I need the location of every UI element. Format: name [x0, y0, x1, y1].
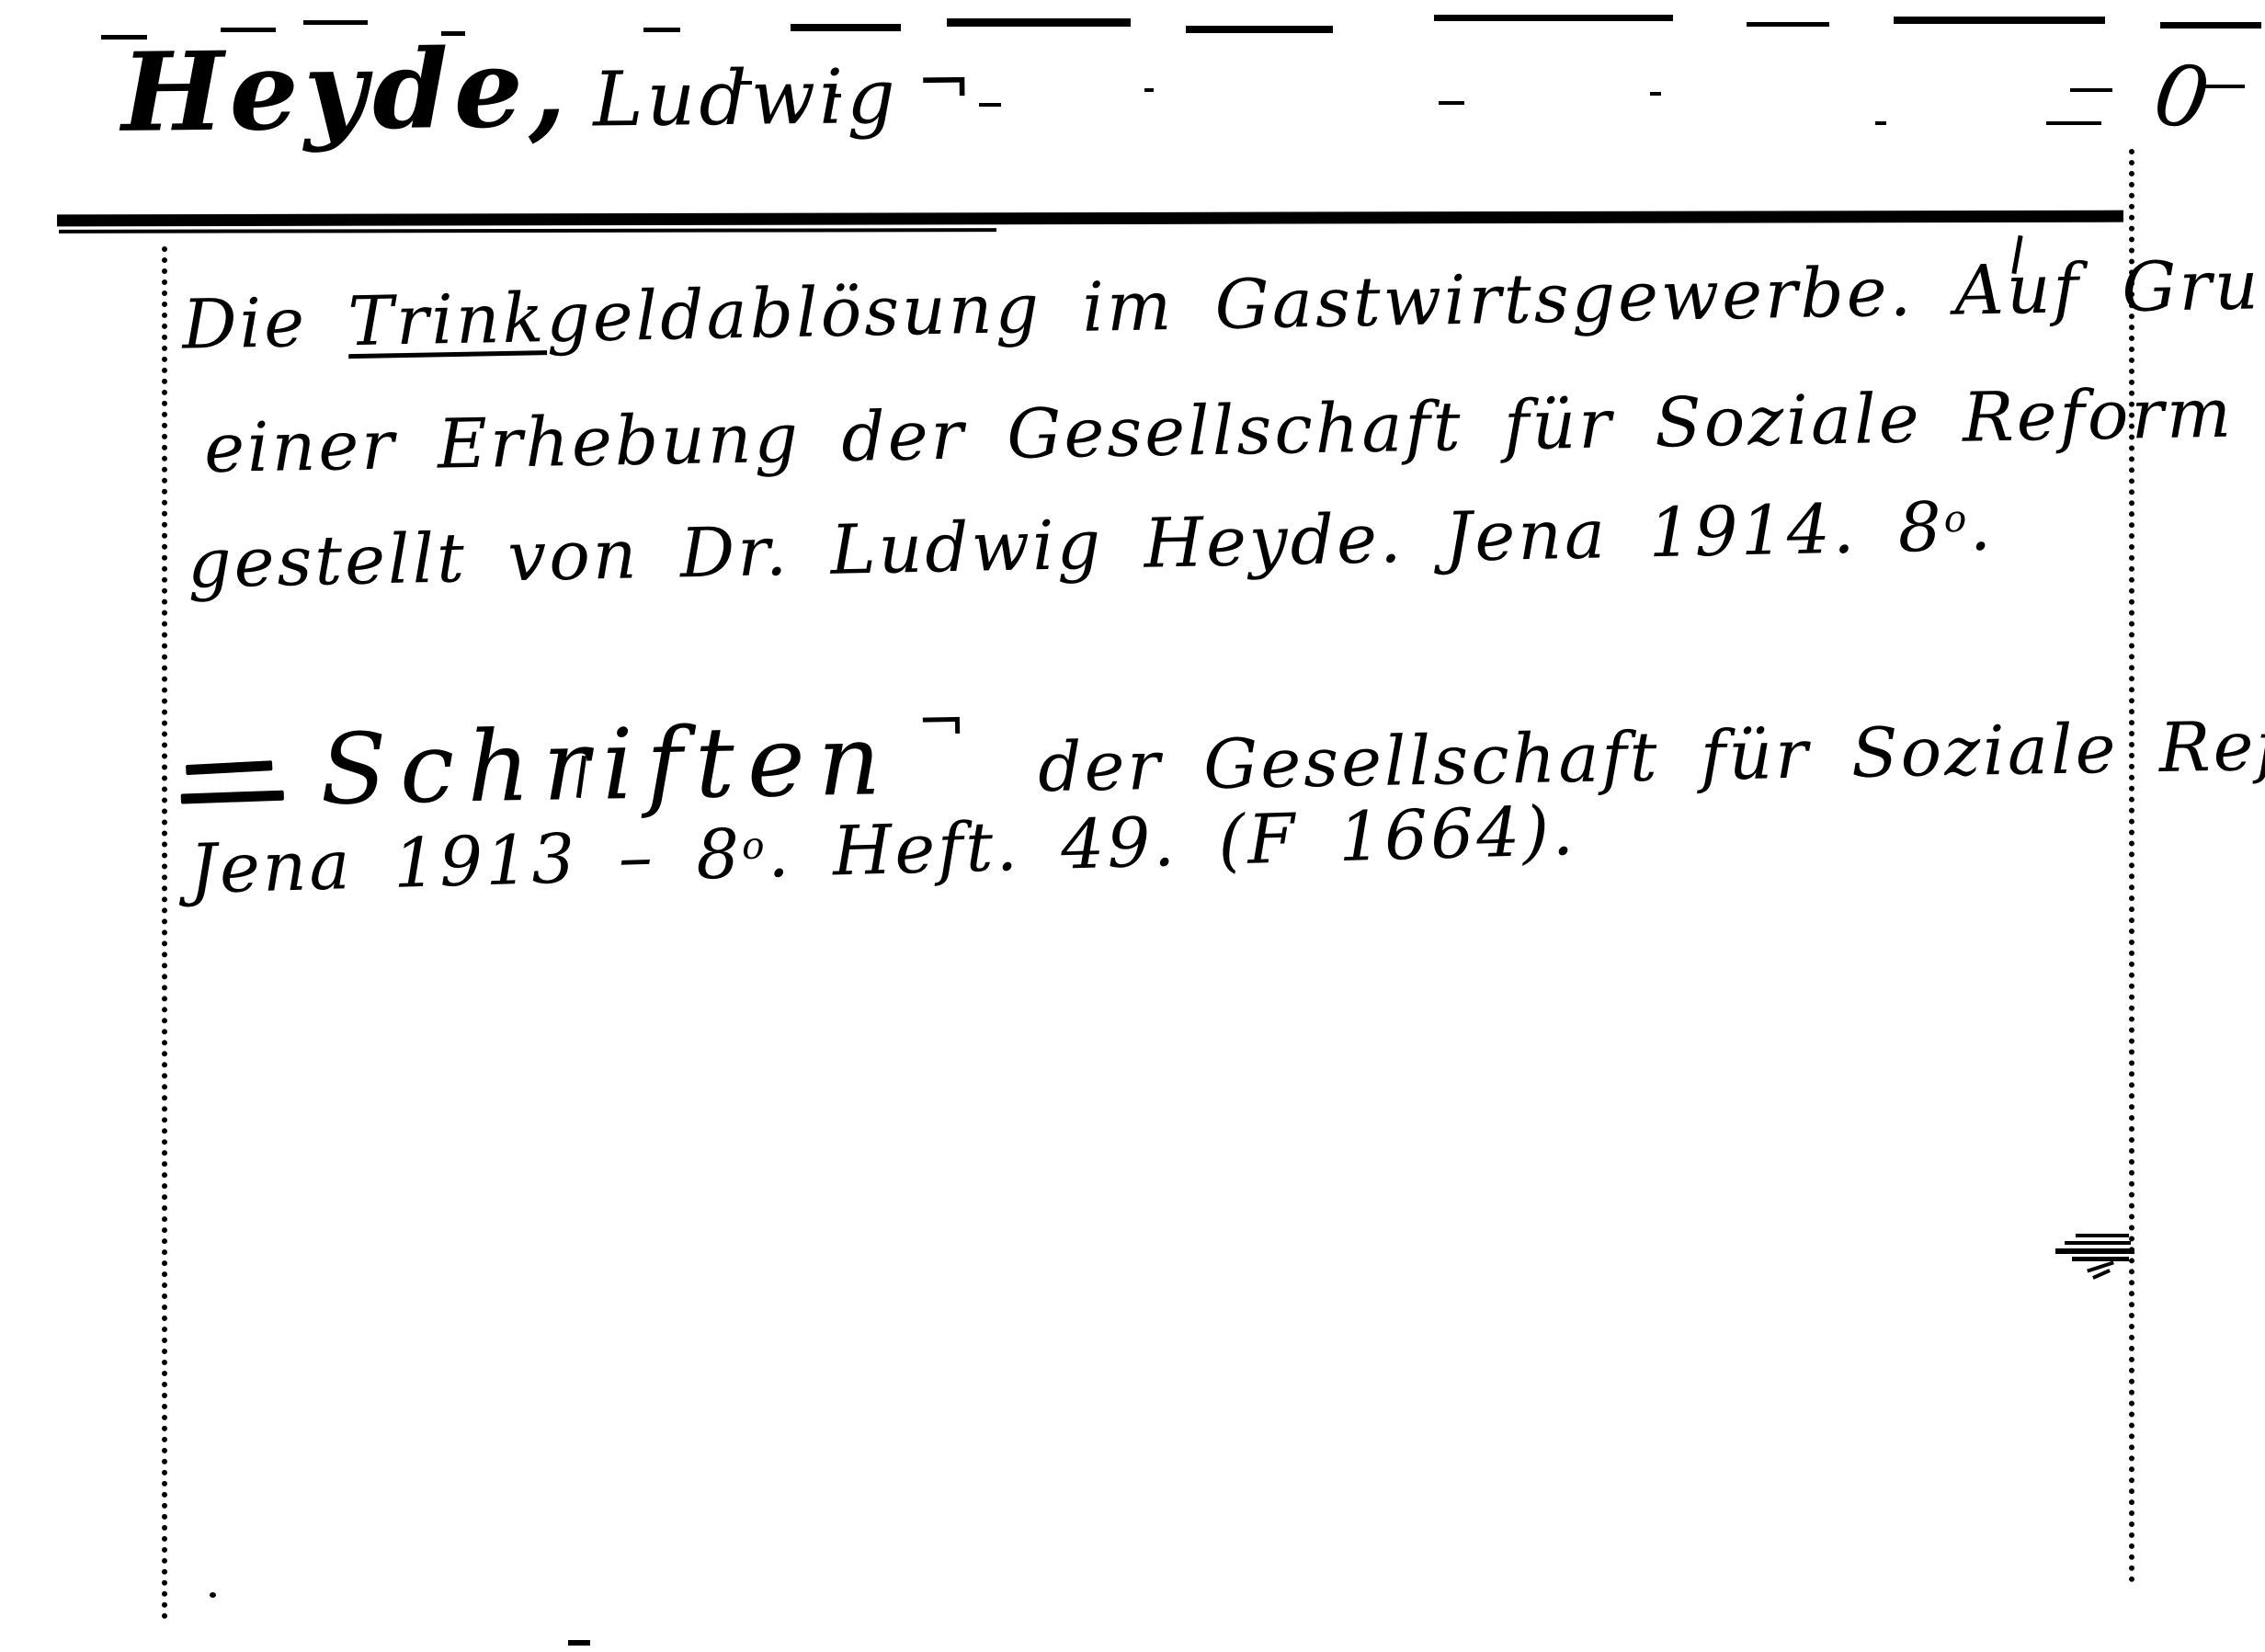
scan-speck — [979, 103, 1001, 107]
title-line-1-underlined: Trink — [347, 279, 548, 361]
scan-edge-dash — [1434, 15, 1673, 21]
title-line-1-pre: Die — [181, 282, 348, 364]
title-line-1-post: geldablösung im Gastwirtsgewerbe. Auf Gr… — [546, 244, 2265, 358]
author-surname: Heyde, — [120, 24, 572, 156]
scan-edge-dash — [1894, 17, 2105, 24]
title-line-3: gestellt von Dr. Ludwig Heyde. Jena 1914… — [187, 486, 1994, 603]
octavo-superscript: o — [741, 823, 768, 868]
scan-speck — [210, 1592, 216, 1598]
octavo-superscript: o — [1943, 496, 1969, 541]
scan-speck — [1439, 101, 1464, 105]
scan-speck — [1875, 121, 1886, 125]
scan-speck — [2046, 121, 2101, 125]
scan-edge-dash — [2160, 22, 2261, 28]
header-rule — [57, 211, 2123, 227]
title-line-3-pre: gestellt von Dr. Ludwig Heyde. Jena 1914… — [187, 488, 1944, 604]
scan-speck — [568, 1640, 590, 1646]
scan-smudge — [2055, 1232, 2134, 1280]
header-rule-shadow — [59, 228, 996, 234]
title-line-2-text: einer Erhebung der Gesellschaft für Sozi… — [203, 370, 2265, 488]
scan-speck — [735, 81, 752, 85]
scan-speck — [2070, 88, 2112, 92]
scan-edge-dash — [303, 20, 368, 25]
title-line-2: einer Erhebung der Gesellschaft für Sozi… — [203, 370, 2265, 488]
series-line-2-pre: Jena 1913 – 8 — [188, 815, 743, 909]
card-right-dotted-border — [2129, 149, 2134, 1583]
series-equals-mark — [180, 751, 290, 812]
insertion-mark: ¬ — [916, 43, 972, 121]
series-line-1-rest: der Gesellschaft für Soziale Reform. — [1037, 703, 2265, 807]
corner-mark: 0 — [2148, 44, 2215, 149]
author-forename: Ludwig — [593, 53, 900, 143]
title-line-3-end: . — [1968, 486, 1994, 566]
header: Heyde, Ludwig ¬ — [120, 19, 972, 156]
series-title: Schriften — [319, 703, 894, 826]
catalog-card: Heyde, Ludwig ¬ 0 Die Trinkgeldablösung … — [0, 0, 2265, 1652]
card-left-dotted-border — [162, 246, 167, 1620]
scan-edge-dash — [947, 18, 1131, 27]
series-insertion-mark: ¬ — [916, 689, 970, 758]
title-line-1: Die Trinkgeldablösung im Gastwirtsgewerb… — [181, 244, 2265, 364]
scan-edge-dash — [1186, 26, 1333, 33]
scan-edge-dash — [1747, 22, 1829, 27]
scan-speck — [1144, 88, 1154, 92]
scan-speck — [1650, 92, 1661, 96]
scan-speck — [832, 94, 841, 97]
